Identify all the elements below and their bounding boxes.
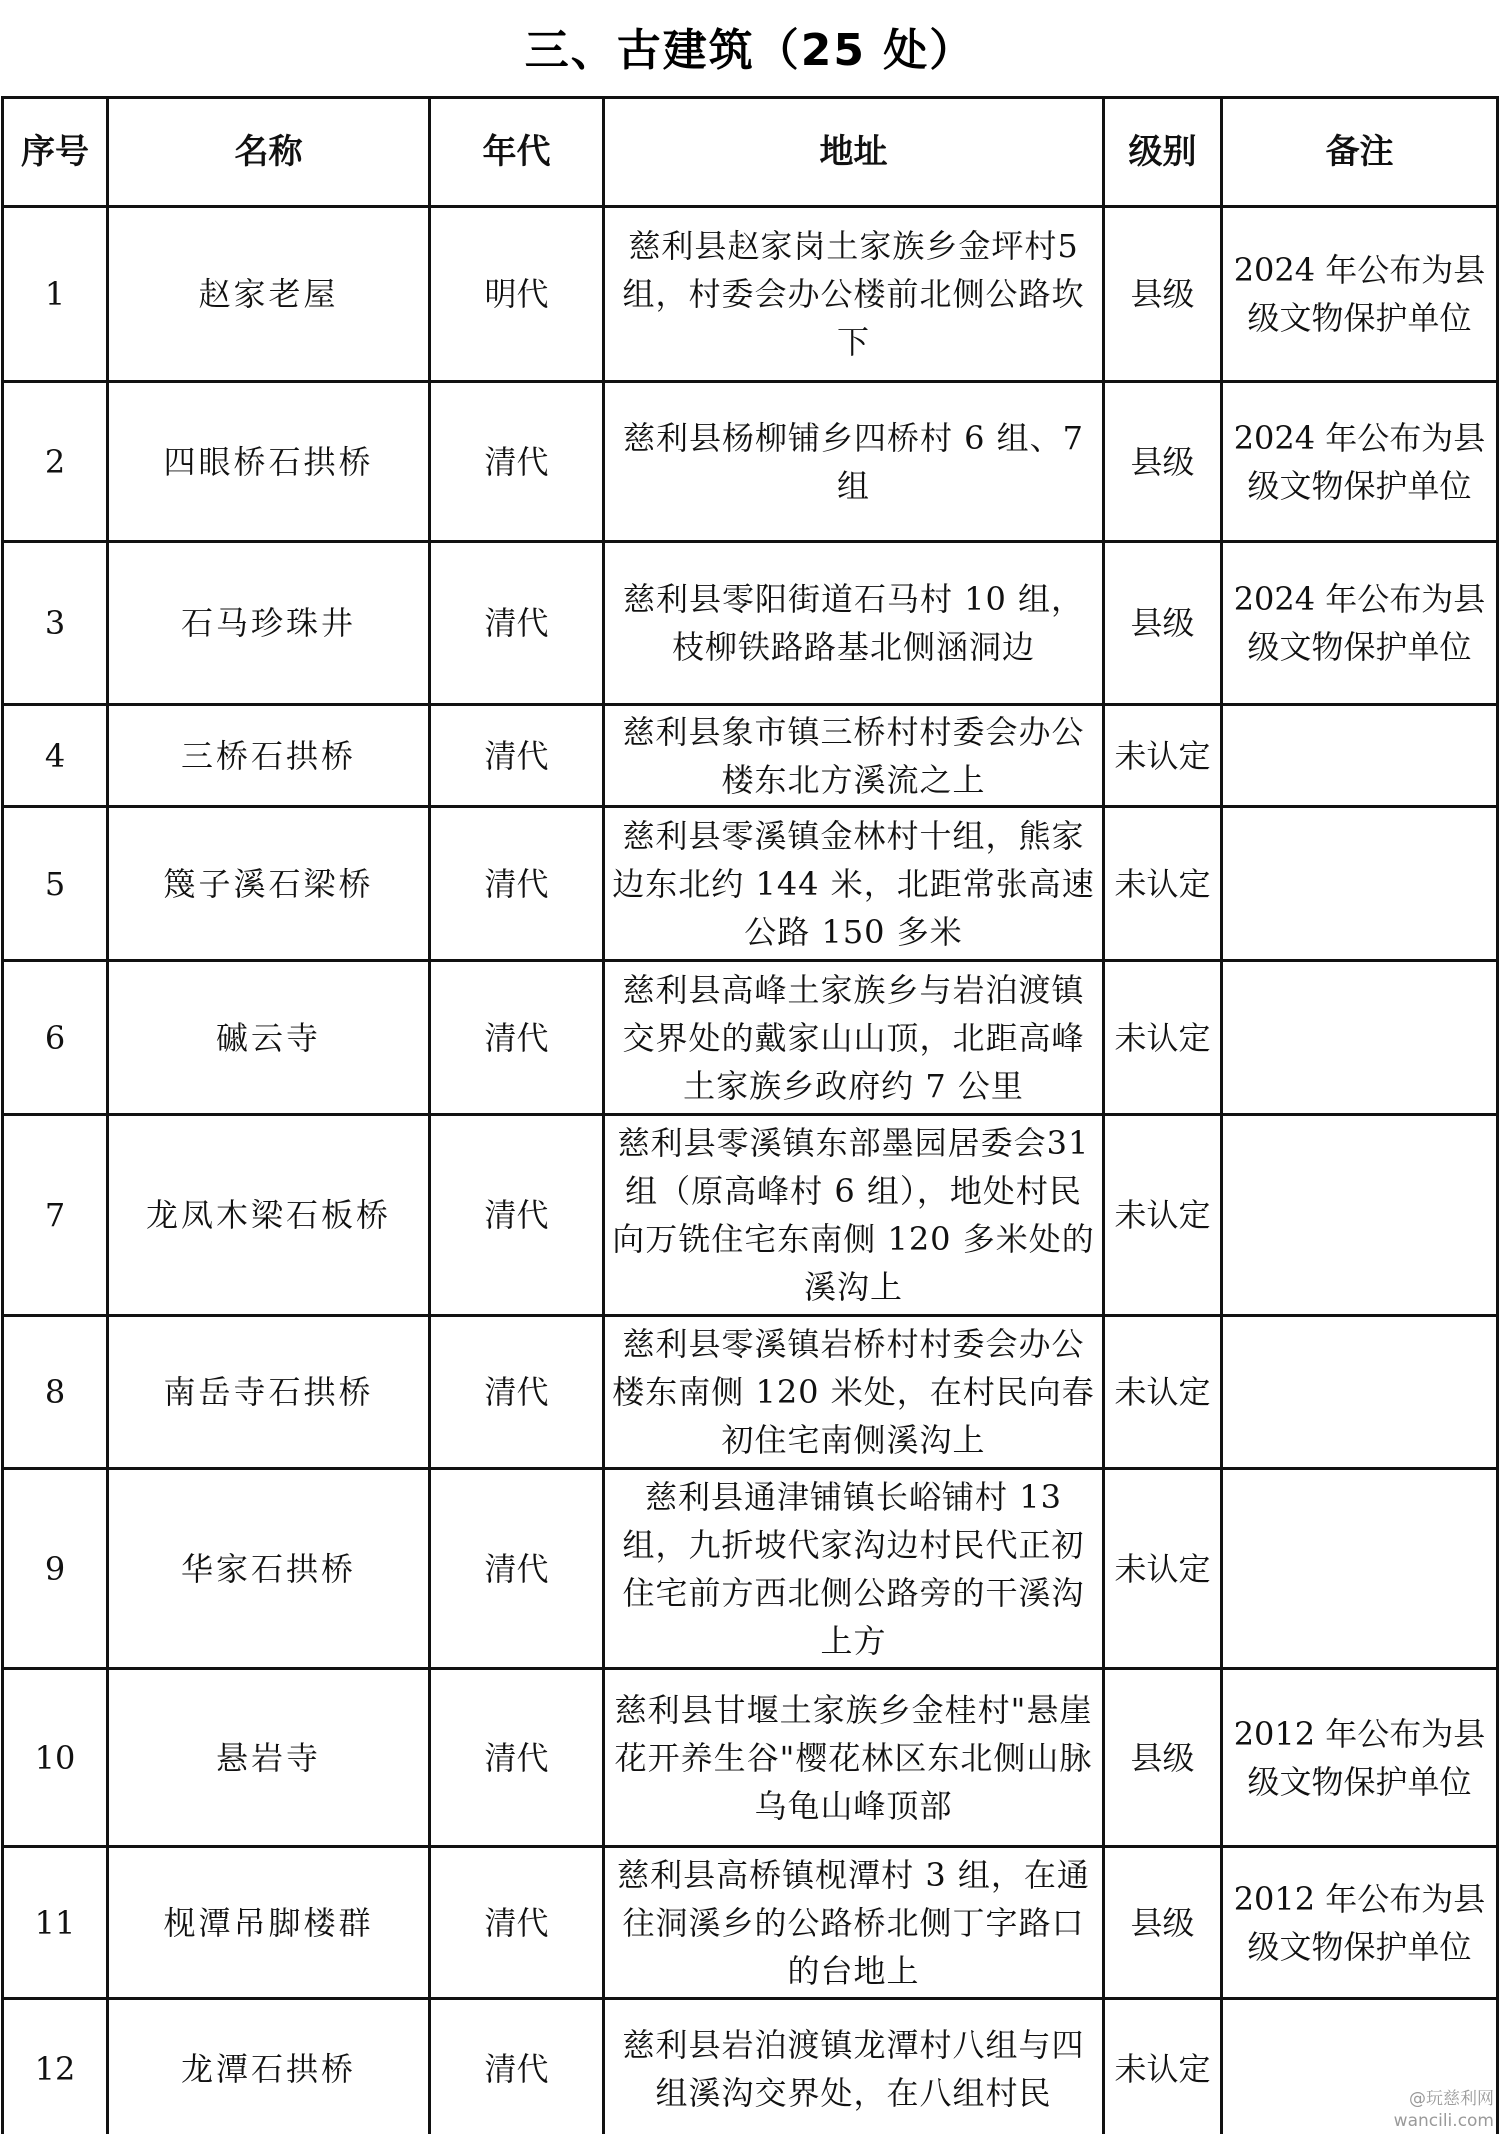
table-row: 3石马珍珠井清代慈利县零阳街道石马村 10 组，枝柳铁路路基北侧涵洞边县级202… [3, 542, 1498, 705]
cell-address: 慈利县象市镇三桥村村委会办公楼东北方溪流之上 [604, 705, 1104, 807]
cell-address: 慈利县高桥镇枧潭村 3 组，在通往洞溪乡的公路桥北侧丁字路口的台地上 [604, 1847, 1104, 1999]
watermark: @玩慈利网 wancili.com [1394, 2088, 1494, 2132]
heritage-table: 序号 名称 年代 地址 级别 备注 1赵家老屋明代慈利县赵家岗土家族乡金坪村5组… [1, 96, 1499, 2134]
cell-era: 清代 [430, 382, 604, 542]
cell-name: 枧潭吊脚楼群 [108, 1847, 430, 1999]
cell-address: 慈利县甘堰土家族乡金桂村"悬崖花开养生谷"樱花林区东北侧山脉乌龟山峰顶部 [604, 1669, 1104, 1847]
cell-era: 清代 [430, 1316, 604, 1469]
table-row: 8南岳寺石拱桥清代慈利县零溪镇岩桥村村委会办公楼东南侧 120 米处，在村民向春… [3, 1316, 1498, 1469]
cell-level: 县级 [1104, 542, 1222, 705]
cell-note: 2024 年公布为县级文物保护单位 [1222, 207, 1498, 382]
table-row: 9华家石拱桥清代慈利县通津铺镇长峪铺村 13 组，九折坡代家沟边村民代正初住宅前… [3, 1469, 1498, 1669]
cell-no: 2 [3, 382, 108, 542]
cell-address: 慈利县零溪镇东部墨园居委会31 组（原高峰村 6 组），地处村民向万铣住宅东南侧… [604, 1115, 1104, 1316]
cell-era: 清代 [430, 1999, 604, 2134]
cell-address: 慈利县杨柳铺乡四桥村 6 组、7 组 [604, 382, 1104, 542]
cell-address: 慈利县岩泊渡镇龙潭村八组与四组溪沟交界处，在八组村民 [604, 1999, 1104, 2134]
watermark-name: @玩慈利网 [1394, 2088, 1494, 2110]
table-row: 7龙凤木梁石板桥清代慈利县零溪镇东部墨园居委会31 组（原高峰村 6 组），地处… [3, 1115, 1498, 1316]
table-row: 6磩云寺清代慈利县高峰土家族乡与岩泊渡镇交界处的戴家山山顶，北距高峰土家族乡政府… [3, 961, 1498, 1115]
cell-name: 石马珍珠井 [108, 542, 430, 705]
cell-level: 未认定 [1104, 1999, 1222, 2134]
cell-level: 未认定 [1104, 705, 1222, 807]
cell-address: 慈利县高峰土家族乡与岩泊渡镇交界处的戴家山山顶，北距高峰土家族乡政府约 7 公里 [604, 961, 1104, 1115]
cell-note [1222, 1316, 1498, 1469]
cell-no: 8 [3, 1316, 108, 1469]
cell-address: 慈利县通津铺镇长峪铺村 13 组，九折坡代家沟边村民代正初住宅前方西北侧公路旁的… [604, 1469, 1104, 1669]
table-row: 1赵家老屋明代慈利县赵家岗土家族乡金坪村5组，村委会办公楼前北侧公路坎下县级20… [3, 207, 1498, 382]
cell-address: 慈利县零溪镇岩桥村村委会办公楼东南侧 120 米处，在村民向春初住宅南侧溪沟上 [604, 1316, 1104, 1469]
cell-era: 清代 [430, 1669, 604, 1847]
cell-era: 清代 [430, 705, 604, 807]
cell-name: 龙凤木梁石板桥 [108, 1115, 430, 1316]
cell-era: 清代 [430, 807, 604, 961]
cell-level: 县级 [1104, 207, 1222, 382]
table-row: 4三桥石拱桥清代慈利县象市镇三桥村村委会办公楼东北方溪流之上未认定 [3, 705, 1498, 807]
cell-note: 2024 年公布为县级文物保护单位 [1222, 542, 1498, 705]
table-row: 12龙潭石拱桥清代慈利县岩泊渡镇龙潭村八组与四组溪沟交界处，在八组村民未认定 [3, 1999, 1498, 2134]
table-row: 10悬岩寺清代慈利县甘堰土家族乡金桂村"悬崖花开养生谷"樱花林区东北侧山脉乌龟山… [3, 1669, 1498, 1847]
cell-no: 3 [3, 542, 108, 705]
cell-no: 7 [3, 1115, 108, 1316]
header-no: 序号 [3, 98, 108, 207]
cell-name: 赵家老屋 [108, 207, 430, 382]
table-body: 1赵家老屋明代慈利县赵家岗土家族乡金坪村5组，村委会办公楼前北侧公路坎下县级20… [3, 207, 1498, 2134]
cell-level: 未认定 [1104, 1469, 1222, 1669]
table-header-row: 序号 名称 年代 地址 级别 备注 [3, 98, 1498, 207]
cell-no: 12 [3, 1999, 108, 2134]
cell-note: 2024 年公布为县级文物保护单位 [1222, 382, 1498, 542]
cell-name: 磩云寺 [108, 961, 430, 1115]
cell-name: 四眼桥石拱桥 [108, 382, 430, 542]
cell-address: 慈利县赵家岗土家族乡金坪村5组，村委会办公楼前北侧公路坎下 [604, 207, 1104, 382]
table-row: 11枧潭吊脚楼群清代慈利县高桥镇枧潭村 3 组，在通往洞溪乡的公路桥北侧丁字路口… [3, 1847, 1498, 1999]
cell-note [1222, 1115, 1498, 1316]
cell-name: 三桥石拱桥 [108, 705, 430, 807]
cell-note [1222, 705, 1498, 807]
cell-note [1222, 807, 1498, 961]
cell-no: 1 [3, 207, 108, 382]
cell-era: 明代 [430, 207, 604, 382]
cell-note: 2012 年公布为县级文物保护单位 [1222, 1669, 1498, 1847]
cell-level: 未认定 [1104, 1316, 1222, 1469]
cell-level: 县级 [1104, 1847, 1222, 1999]
cell-era: 清代 [430, 1847, 604, 1999]
cell-address: 慈利县零溪镇金林村十组，熊家边东北约 144 米，北距常张高速公路 150 多米 [604, 807, 1104, 961]
cell-no: 6 [3, 961, 108, 1115]
header-note: 备注 [1222, 98, 1498, 207]
cell-level: 未认定 [1104, 807, 1222, 961]
cell-name: 华家石拱桥 [108, 1469, 430, 1669]
watermark-url: wancili.com [1394, 2110, 1494, 2132]
cell-name: 龙潭石拱桥 [108, 1999, 430, 2134]
cell-era: 清代 [430, 1115, 604, 1316]
page-title: 三、古建筑（25 处） [0, 14, 1500, 78]
cell-note [1222, 961, 1498, 1115]
cell-note [1222, 1469, 1498, 1669]
header-level: 级别 [1104, 98, 1222, 207]
header-name: 名称 [108, 98, 430, 207]
header-era: 年代 [430, 98, 604, 207]
cell-era: 清代 [430, 961, 604, 1115]
cell-name: 南岳寺石拱桥 [108, 1316, 430, 1469]
cell-no: 4 [3, 705, 108, 807]
cell-level: 县级 [1104, 1669, 1222, 1847]
cell-name: 篾子溪石梁桥 [108, 807, 430, 961]
cell-name: 悬岩寺 [108, 1669, 430, 1847]
cell-address: 慈利县零阳街道石马村 10 组，枝柳铁路路基北侧涵洞边 [604, 542, 1104, 705]
cell-no: 9 [3, 1469, 108, 1669]
cell-no: 10 [3, 1669, 108, 1847]
cell-era: 清代 [430, 1469, 604, 1669]
cell-level: 县级 [1104, 382, 1222, 542]
cell-level: 未认定 [1104, 1115, 1222, 1316]
cell-no: 5 [3, 807, 108, 961]
cell-note: 2012 年公布为县级文物保护单位 [1222, 1847, 1498, 1999]
cell-no: 11 [3, 1847, 108, 1999]
header-address: 地址 [604, 98, 1104, 207]
table-row: 5篾子溪石梁桥清代慈利县零溪镇金林村十组，熊家边东北约 144 米，北距常张高速… [3, 807, 1498, 961]
table-row: 2四眼桥石拱桥清代慈利县杨柳铺乡四桥村 6 组、7 组县级2024 年公布为县级… [3, 382, 1498, 542]
cell-level: 未认定 [1104, 961, 1222, 1115]
cell-era: 清代 [430, 542, 604, 705]
